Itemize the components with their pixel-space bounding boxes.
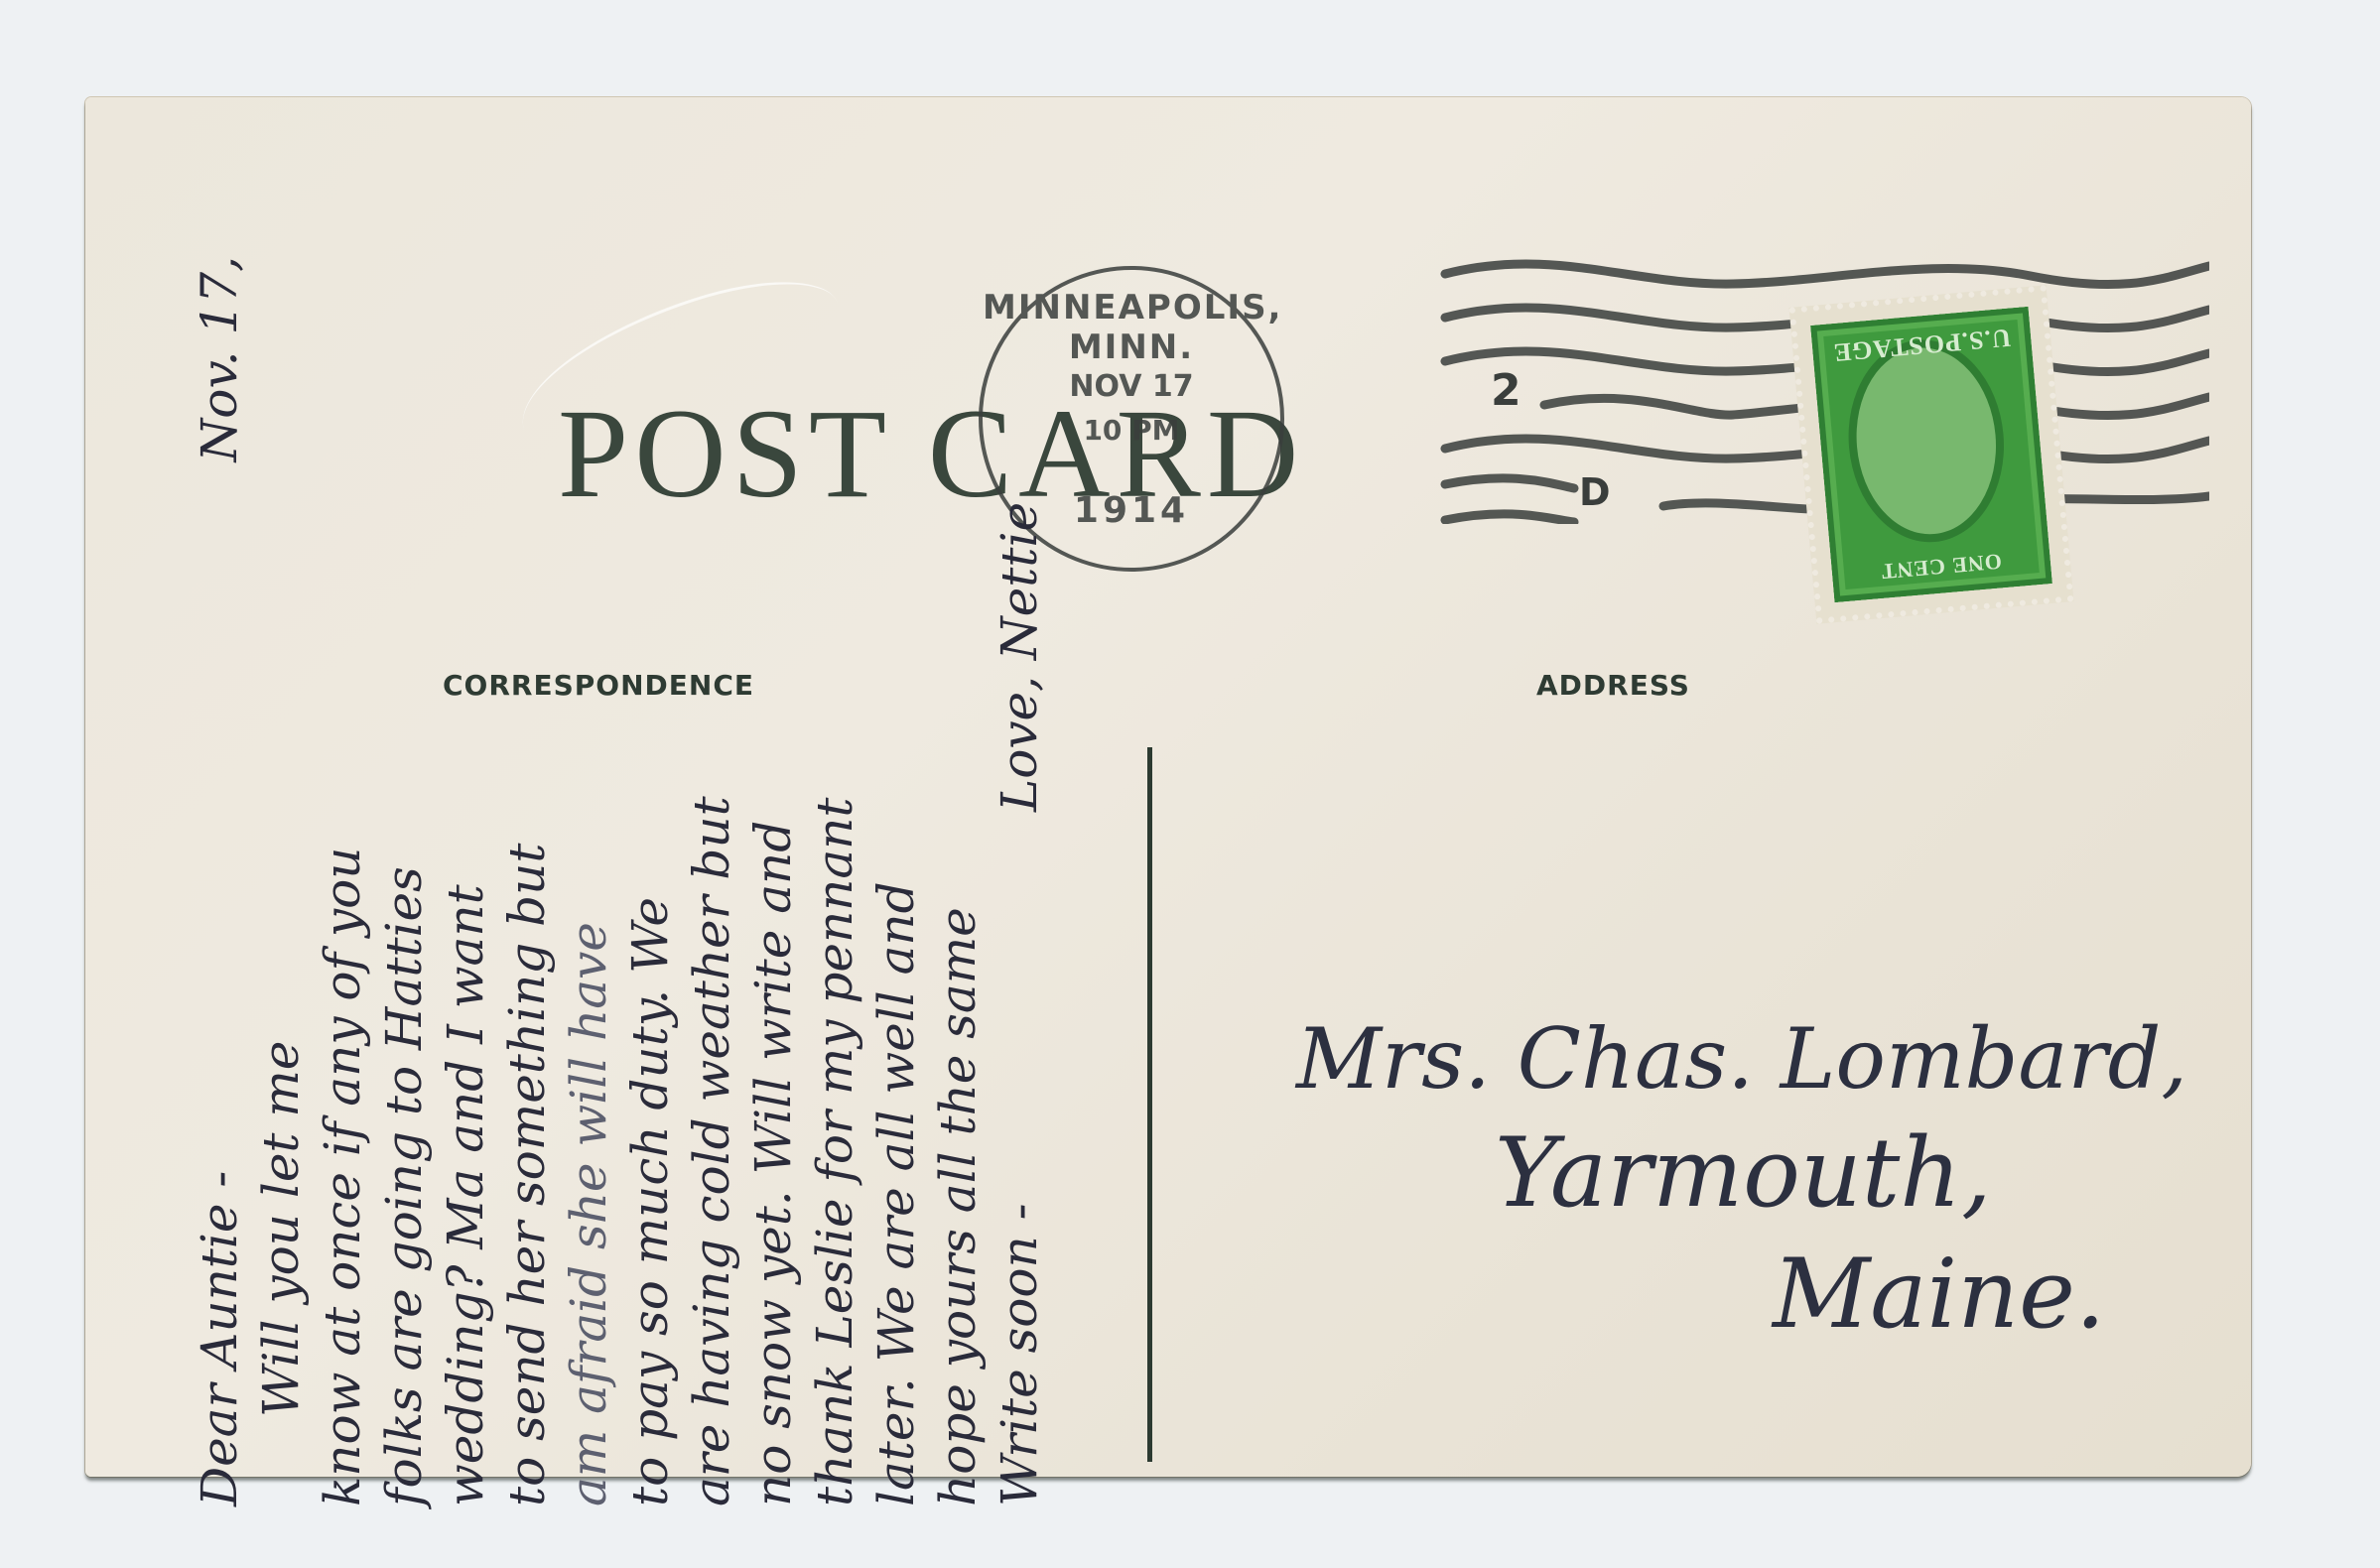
recipient-name: Mrs. Chas. Lombard, xyxy=(1296,1010,2187,1108)
address-label: ADDRESS xyxy=(1536,669,1690,702)
message-line: later. We are all well and xyxy=(865,236,927,1506)
message-line: hope yours all the same xyxy=(927,236,989,1506)
salutation: Dear Auntie - xyxy=(191,1171,248,1506)
cancel-number: 2 xyxy=(1491,365,1521,416)
recipient-state: Maine. xyxy=(1773,1239,2187,1350)
cancel-letter: D xyxy=(1579,470,1611,514)
recipient-city: Yarmouth, xyxy=(1495,1117,2187,1229)
message-line: thank Leslie for my pennant xyxy=(804,236,865,1506)
message-line: am afraid she will have xyxy=(558,236,619,1506)
message-date: Nov. 17, xyxy=(189,256,250,461)
message-line: wedding? Ma and I want xyxy=(435,236,496,1506)
message-footer: Write soon - Love, Nettie xyxy=(989,236,1050,1506)
divider-line xyxy=(1147,747,1152,1462)
handwritten-message: Dear Auntie - Nov. 17, Will you let me k… xyxy=(189,236,1050,1506)
message-line: Will you let me xyxy=(250,236,312,1506)
stamp-denomination: ONE CENT xyxy=(1831,544,2050,588)
message-header: Dear Auntie - Nov. 17, xyxy=(189,236,250,1506)
message-line: are having cold weather but xyxy=(681,236,742,1506)
message-line: know at once if any of you xyxy=(312,236,373,1506)
washington-portrait-icon xyxy=(1840,333,2012,549)
message-line: no snow yet. Will write and xyxy=(742,236,804,1506)
message-line: Write soon - xyxy=(991,1204,1048,1506)
closing-signature: Love, Nettie xyxy=(989,502,1050,812)
stamp-design: ONE CENT U.S.POSTAGE xyxy=(1810,307,2052,602)
postage-stamp: ONE CENT U.S.POSTAGE xyxy=(1789,285,2074,623)
message-line: to send her something but xyxy=(496,236,558,1506)
recipient-address: Mrs. Chas. Lombard, Yarmouth, Maine. xyxy=(1296,1010,2187,1350)
message-line: folks are going to Hatties xyxy=(373,236,435,1506)
postcard-back: POST CARD CORRESPONDENCE ADDRESS MINNEAP… xyxy=(85,97,2251,1477)
message-line: to pay so much duty. We xyxy=(619,236,681,1506)
